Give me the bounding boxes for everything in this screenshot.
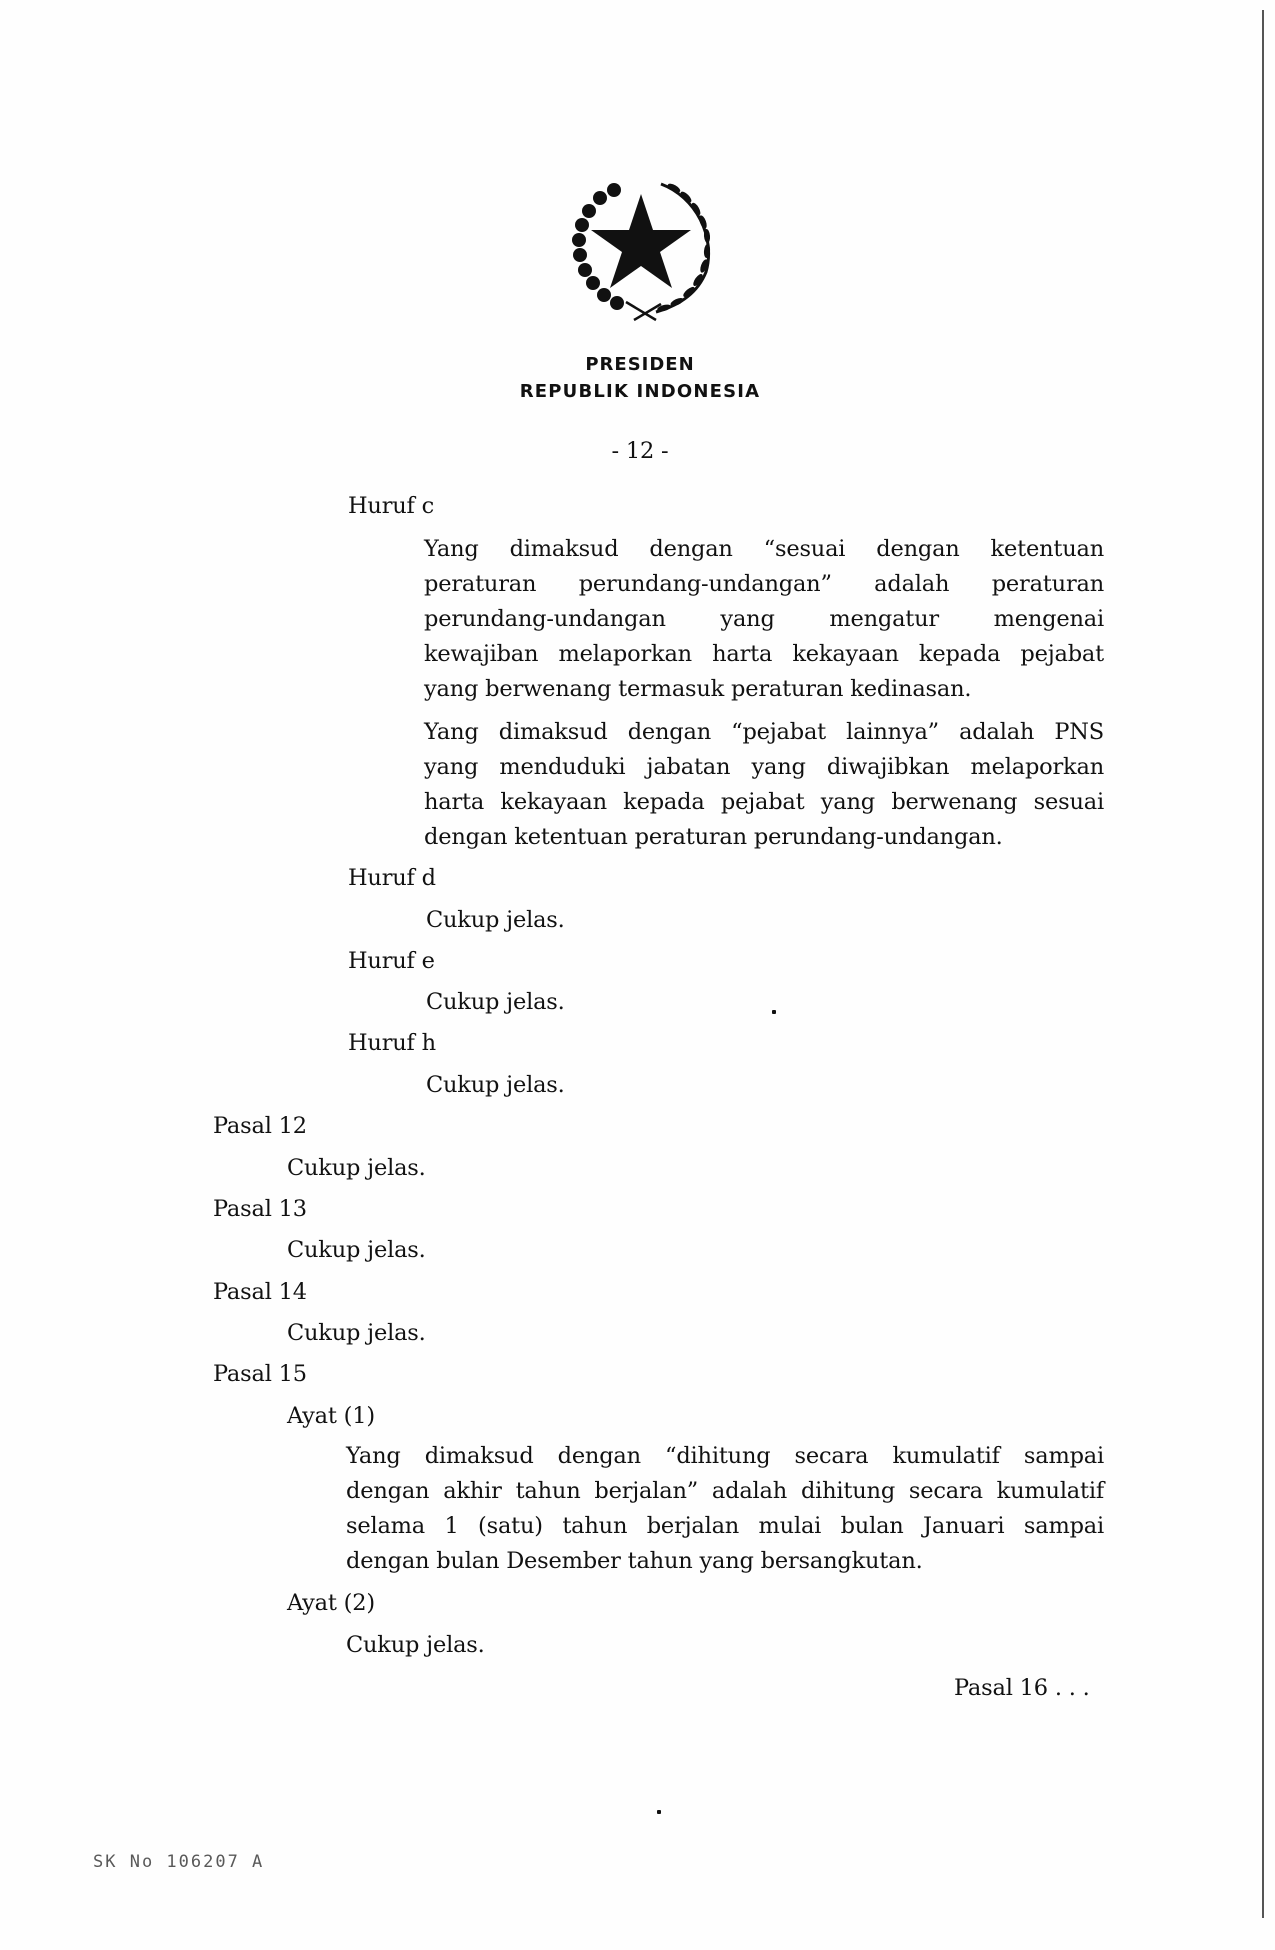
header-title: PRESIDEN [440, 356, 840, 374]
ayat-2-text: Cukup jelas. [346, 1634, 485, 1657]
pasal-13-text: Cukup jelas. [287, 1239, 426, 1262]
pasal-14-text: Cukup jelas. [287, 1322, 426, 1345]
ayat-2-label: Ayat (2) [287, 1592, 375, 1615]
huruf-d-text: Cukup jelas. [426, 909, 565, 932]
huruf-c-para1-line3: perundang-undangan yang mengatur mengena… [424, 608, 1104, 631]
huruf-h-label: Huruf h [348, 1032, 436, 1055]
ayat-1-para-line3: selama 1 (satu) tahun berjalan mulai bul… [346, 1515, 1104, 1538]
pasal-12-text: Cukup jelas. [287, 1157, 426, 1180]
huruf-c-para1-line2: peraturan perundang-undangan” adalah per… [424, 573, 1104, 596]
continuation-marker: Pasal 16 . . . [954, 1677, 1090, 1700]
ayat-1-label: Ayat (1) [287, 1405, 375, 1428]
huruf-c-para2-line4: dengan ketentuan peraturan perundang-und… [424, 826, 1104, 849]
document-page: PRESIDEN REPUBLIK INDONESIA - 12 - Huruf… [0, 0, 1275, 1950]
pasal-15-label: Pasal 15 [213, 1363, 307, 1386]
header-subtitle: REPUBLIK INDONESIA [440, 383, 840, 401]
pasal-12-label: Pasal 12 [213, 1115, 307, 1138]
huruf-d-label: Huruf d [348, 867, 436, 890]
page-number: - 12 - [560, 440, 720, 463]
document-footer-code: SK No 106207 A [93, 1852, 264, 1872]
pasal-14-label: Pasal 14 [213, 1281, 307, 1304]
huruf-c-para1-line5: yang berwenang termasuk peraturan kedina… [424, 678, 1104, 701]
huruf-c-para2-line3: harta kekayaan kepada pejabat yang berwe… [424, 791, 1104, 814]
huruf-c-para2-line1: Yang dimaksud dengan “pejabat lainnya” a… [424, 721, 1104, 744]
ayat-1-para-line1: Yang dimaksud dengan “dihitung secara ku… [346, 1445, 1104, 1468]
huruf-e-label: Huruf e [348, 950, 435, 973]
huruf-c-label: Huruf c [348, 495, 434, 518]
huruf-e-text: Cukup jelas. [426, 991, 565, 1014]
huruf-c-para1-line1: Yang dimaksud dengan “sesuai dengan kete… [424, 538, 1104, 561]
ayat-1-para-line2: dengan akhir tahun berjalan” adalah dihi… [346, 1480, 1104, 1503]
huruf-h-text: Cukup jelas. [426, 1074, 565, 1097]
pasal-13-label: Pasal 13 [213, 1198, 307, 1221]
huruf-c-para1-line4: kewajiban melaporkan harta kekayaan kepa… [424, 643, 1104, 666]
huruf-c-para2-line2: yang menduduki jabatan yang diwajibkan m… [424, 756, 1104, 779]
scan-speck [657, 1810, 661, 1814]
ayat-1-para-line4: dengan bulan Desember tahun yang bersang… [346, 1550, 1104, 1573]
scan-edge-line [1262, 10, 1264, 1918]
garuda-star-emblem-icon [556, 162, 726, 332]
scan-speck [772, 1010, 776, 1014]
